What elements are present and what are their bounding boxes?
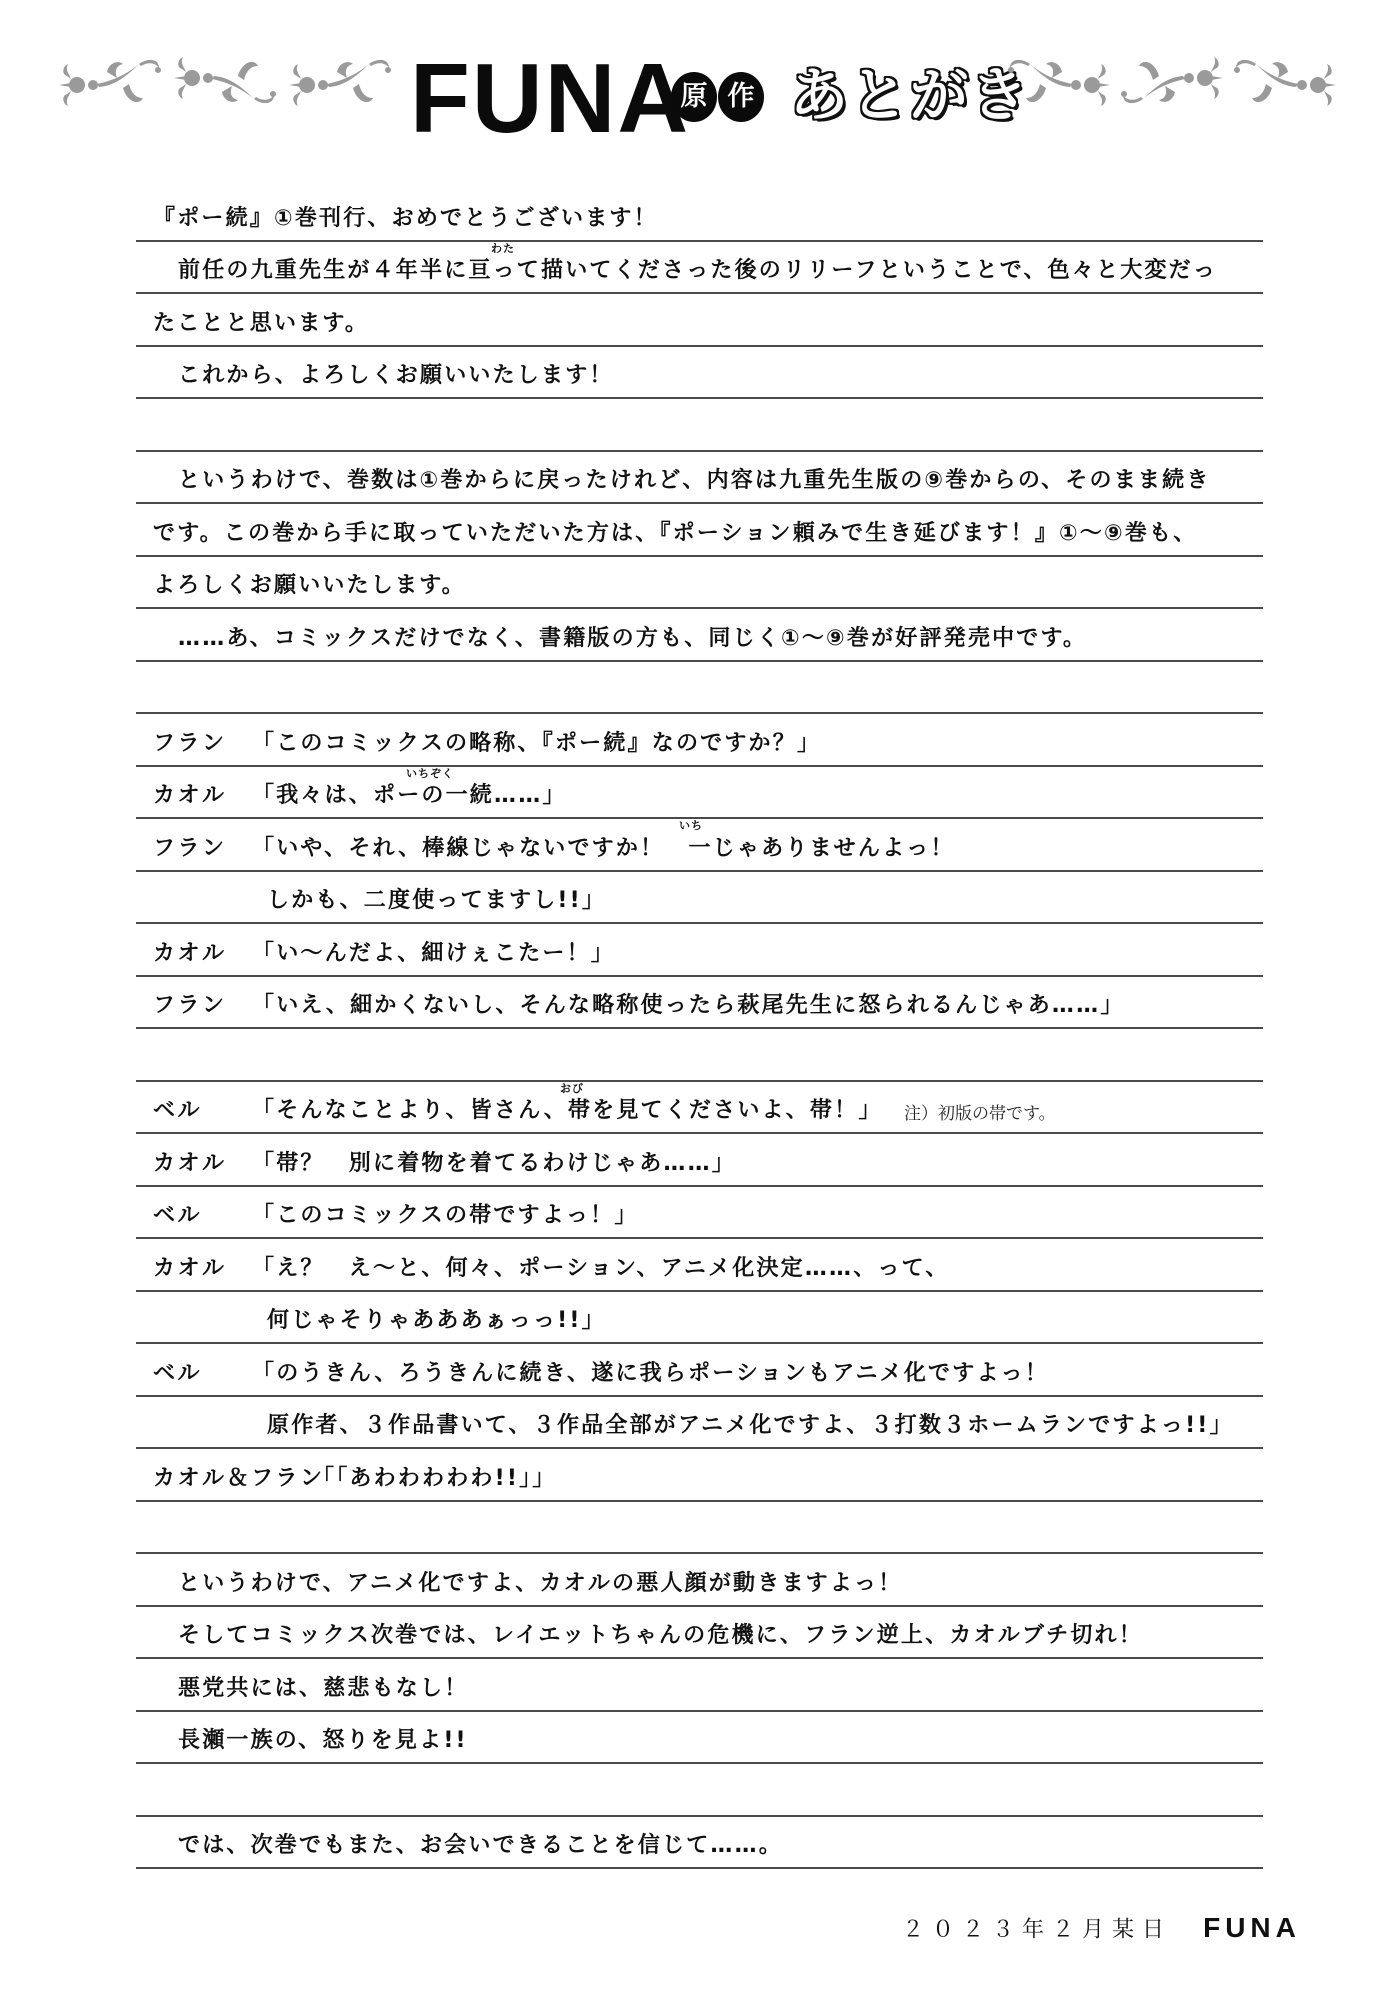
text-row: 『ポー続』①巻刊行、おめでとうございます！ (136, 189, 1263, 242)
blank-row (136, 1029, 1263, 1082)
dialog-row: カオル「い～んだよ、細けぇこたー！」 (136, 924, 1263, 977)
paragraph-text: というわけで、巻数は①巻からに戻ったけれど、内容は九重先生版の⑨巻からの、そのま… (178, 466, 1211, 496)
signature: ２０２３年２月某日 FUNA (902, 1912, 1301, 1944)
blank-row (136, 662, 1263, 715)
text-row: たことと思います。 (136, 294, 1263, 347)
ruled-text-sheet: 『ポー続』①巻刊行、おめでとうございます！ わた前任の九重先生が４年半に亘って描… (136, 189, 1263, 1869)
dialog-row: 何じゃそりゃあああぁっっ!!」 (136, 1292, 1263, 1345)
text-row: よろしくお願いいたします。 (136, 557, 1263, 610)
floral-ornament-icon (170, 52, 282, 112)
paragraph-text: これから、よろしくお願いいたします！ (178, 361, 614, 391)
dialog-row: フランいち「いや、それ、棒線じゃないですか！ 一じゃありませんよっ！ (136, 819, 1263, 872)
speaker-name: カオル (153, 781, 227, 811)
dialog-row: カオル「帯？ 別に着物を着てるわけじゃあ……」 (136, 1134, 1263, 1187)
paragraph-text: です。この巻から手に取っていただいた方は、『ポーション頼みで生き延びます！』①～… (153, 519, 1197, 549)
dialog-continuation: 何じゃそりゃあああぁっっ!!」 (267, 1306, 606, 1336)
paragraph-text: 悪党共には、慈悲もなし！ (178, 1674, 468, 1704)
paragraph-text: 『ポー続』①巻刊行、おめでとうございます！ (153, 204, 658, 234)
dialog-text: 「のうきん、ろうきんに続き、遂に我らポーションもアニメ化ですよっ！ (252, 1359, 1049, 1389)
blank-row (136, 1502, 1263, 1555)
dialog-text: 「え？ え～と、何々、ポーション、アニメ化決定……、って、 (252, 1254, 950, 1284)
dialog-text: 「帯？ 別に着物を着てるわけじゃあ……」 (252, 1149, 736, 1179)
dialog-row: フラン「このコミックスの略称、『ポー続』なのですか？」 (136, 714, 1263, 767)
speaker-name: ベル (153, 1201, 202, 1231)
ruby-annotation: わた (491, 240, 515, 256)
signature-name: FUNA (1203, 1912, 1301, 1943)
text-row: そしてコミックス次巻では、レイエットちゃんの危機に、フラン逆上、カオルブチ切れ！ (136, 1607, 1263, 1660)
speaker-name: カオル (153, 939, 227, 969)
speaker-name: ベル (153, 1096, 202, 1126)
dialog-text: 「そんなことより、皆さん、帯を見てくださいよ、帯！」 (252, 1096, 883, 1126)
speaker-name: ベル (153, 1359, 202, 1389)
text-row: というわけで、アニメ化ですよ、カオルの悪人顔が動きますよっ！ (136, 1554, 1263, 1607)
paragraph-text: たことと思います。 (153, 309, 369, 339)
dialog-row: しかも、二度使ってますし!!」 (136, 872, 1263, 925)
paragraph-text: ……あ、コミックスだけでなく、書籍版の方も、同じく①～⑨巻が好評発売中です。 (178, 624, 1087, 654)
floral-ornament-icon (1228, 52, 1340, 112)
dialog-text: 「我々は、ポーの一続……」 (252, 781, 567, 811)
floral-ornament-icon (55, 52, 167, 112)
signature-date: ２０２３年２月某日 (902, 1918, 1172, 1943)
text-row: わた前任の九重先生が４年半に亘って描いてくださった後のリリーフということで、色々… (136, 242, 1263, 295)
speaker-name: カオル (153, 1149, 227, 1179)
dialog-continuation: 原作者、３作品書いて、３作品全部がアニメ化ですよ、３打数３ホームランですよっ!!… (267, 1411, 1234, 1441)
dialog-text: 「このコミックスの帯ですよっ！」 (252, 1201, 639, 1231)
speaker-name: フラン (153, 991, 227, 1021)
paragraph-text: よろしくお願いいたします。 (153, 571, 466, 601)
text-row: 長瀬一族の、怒りを見よ!! (136, 1712, 1263, 1765)
speaker-name: カオル＆フラン (153, 1464, 325, 1494)
paragraph-text: そしてコミックス次巻では、レイエットちゃんの危機に、フラン逆上、カオルブチ切れ！ (178, 1621, 1143, 1651)
dialog-row: ベル「このコミックスの帯ですよっ！」 (136, 1187, 1263, 1240)
paragraph-text: というわけで、アニメ化ですよ、カオルの悪人顔が動きますよっ！ (178, 1569, 902, 1599)
floral-ornament-icon (285, 52, 397, 112)
footnote: 注）初版の帯です。 (904, 1099, 1056, 1124)
text-row: 悪党共には、慈悲もなし！ (136, 1659, 1263, 1712)
paragraph-text: では、次巻でもまた、お会いできることを信じて……。 (178, 1831, 783, 1861)
author-name: FUNA (410, 50, 690, 146)
text-row: では、次巻でもまた、お会いできることを信じて……。 (136, 1817, 1263, 1870)
text-row: というわけで、巻数は①巻からに戻ったけれど、内容は九重先生版の⑨巻からの、そのま… (136, 452, 1263, 505)
blank-row (136, 1764, 1263, 1817)
page-title: あとがき (790, 60, 1030, 130)
text-row: です。この巻から手に取っていただいた方は、『ポーション頼みで生き延びます！』①～… (136, 504, 1263, 557)
ruby-annotation: おび (560, 1080, 584, 1096)
paragraph-text: 長瀬一族の、怒りを見よ!! (178, 1726, 468, 1756)
dialog-text: 「い～んだよ、細けぇこたー！」 (252, 939, 615, 969)
dialog-row: カオル「え？ え～と、何々、ポーション、アニメ化決定……、って、 (136, 1239, 1263, 1292)
dialog-row: ベルおび「そんなことより、皆さん、帯を見てくださいよ、帯！」注）初版の帯です。 (136, 1082, 1263, 1135)
dialog-text: 「このコミックスの略称、『ポー続』なのですか？」 (252, 729, 821, 759)
ruby-annotation: いち (679, 817, 703, 833)
dialog-row: カオル＆フラン「「あわわわわわ!!」」 (136, 1449, 1263, 1502)
dialog-row: ベル「のうきん、ろうきんに続き、遂に我らポーションもアニメ化ですよっ！ (136, 1344, 1263, 1397)
dialog-row: フラン「いえ、細かくないし、そんな略称使ったら萩尾先生に怒られるんじゃあ……」 (136, 977, 1263, 1030)
text-row: これから、よろしくお願いいたします！ (136, 347, 1263, 400)
speaker-name: フラン (153, 729, 227, 759)
paragraph-text: 前任の九重先生が４年半に亘って描いてくださった後のリリーフということで、色々と大… (178, 256, 1217, 286)
dialog-text: 「「あわわわわわ!!」」 (312, 1464, 556, 1494)
ruby-annotation: いちぞく (406, 765, 454, 781)
original-work-badge: 原 (671, 72, 717, 122)
text-row: ……あ、コミックスだけでなく、書籍版の方も、同じく①～⑨巻が好評発売中です。 (136, 609, 1263, 662)
floral-ornament-icon (1115, 52, 1227, 112)
dialog-text: 「いえ、細かくないし、そんな略称使ったら萩尾先生に怒られるんじゃあ……」 (252, 991, 1125, 1021)
speaker-name: カオル (153, 1254, 227, 1284)
floral-ornament-icon (1002, 52, 1114, 112)
dialog-row: カオルいちぞく「我々は、ポーの一続……」 (136, 767, 1263, 820)
dialog-continuation: しかも、二度使ってますし!!」 (267, 886, 606, 916)
blank-row (136, 399, 1263, 452)
afterword-header: FUNA 原 作 あとがき (0, 0, 1400, 170)
original-work-badge: 作 (718, 72, 764, 122)
dialog-text: 「いや、それ、棒線じゃないですか！ 一じゃありませんよっ！ (252, 834, 955, 864)
dialog-row: 原作者、３作品書いて、３作品全部がアニメ化ですよ、３打数３ホームランですよっ!!… (136, 1397, 1263, 1450)
speaker-name: フラン (153, 834, 227, 864)
